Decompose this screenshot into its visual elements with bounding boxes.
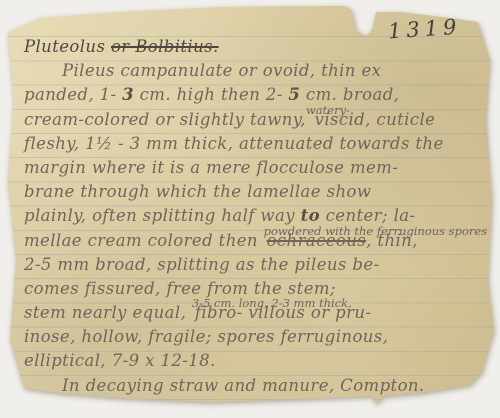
handwritten-text: fleshy, 1½ - 3 mm thick, attenuated towa…	[24, 134, 444, 153]
note-line: margin where it is a mere flocculose mem…	[24, 156, 492, 180]
handwritten-text: Pluteolus	[24, 37, 111, 56]
note-line: 2-5 mm broad, splitting as the pileus be…	[24, 253, 492, 277]
note-line: mellae cream colored then powdered with …	[24, 229, 492, 253]
inserted-text: watery-	[306, 98, 309, 122]
note-line: panded, 1- 3 cm. high then 2- 5 cm. broa…	[24, 83, 492, 107]
note-line: stem nearly equal, 3-5 cm. long, 2-3 mm …	[24, 301, 492, 325]
handwritten-text: cream-colored or slightly tawny,	[24, 110, 306, 129]
handwritten-text: In decaying straw and manure, Compton.	[62, 376, 425, 395]
note-line: In decaying straw and manure, Compton.	[24, 374, 492, 398]
note-line: cream-colored or slightly tawny,watery- …	[24, 108, 492, 132]
paper-sheet: 1319 Pluteolus or Bolbitius.Pileus campa…	[0, 0, 500, 418]
inserted-text: 3-5 cm. long, 2-3 mm thick,	[192, 291, 195, 315]
handwritten-text: center; la-	[320, 206, 415, 225]
handwritten-text: cm. high then 2-	[134, 85, 288, 104]
handwritten-text: comes fissured, free from the stem;	[24, 279, 336, 298]
note-line: brane through which the lamellae show	[24, 180, 492, 204]
handwritten-text: panded, 1-	[24, 85, 122, 104]
note-line: elliptical, 7-9 x 12-18.	[24, 349, 492, 373]
struck-text: or Bolbitius.	[111, 37, 219, 56]
handwritten-text: mellae cream colored then	[24, 231, 264, 250]
handwritten-text: cm. broad,	[300, 85, 399, 104]
handwritten-text: elliptical, 7-9 x 12-18.	[24, 351, 216, 370]
handwritten-text: 3	[122, 85, 134, 104]
torn-paper: 1319 Pluteolus or Bolbitius.Pileus campa…	[6, 6, 496, 408]
inserted-text: powdered with the ferruginous spores	[264, 219, 267, 243]
note-line: Pileus campanulate or ovoid, thin ex	[24, 59, 492, 83]
handwritten-text: inose, hollow, fragile; spores ferrugino…	[24, 327, 388, 346]
handwritten-text: stem nearly equal,	[24, 303, 192, 322]
handwritten-text: plainly, often splitting half way	[24, 206, 301, 225]
scanned-note-page: 1319 Pluteolus or Bolbitius.Pileus campa…	[0, 0, 500, 418]
handwritten-text: Pileus campanulate or ovoid, thin ex	[62, 61, 381, 80]
note-line: Pluteolus or Bolbitius.	[24, 35, 492, 59]
handwritten-text: brane through which the lamellae show	[24, 182, 371, 201]
handwritten-text: to	[301, 206, 320, 225]
note-line: inose, hollow, fragile; spores ferrugino…	[24, 325, 492, 349]
note-lines: Pluteolus or Bolbitius.Pileus campanulat…	[24, 35, 492, 398]
handwritten-text: 5	[288, 85, 300, 104]
handwritten-text: margin where it is a mere flocculose mem…	[24, 158, 398, 177]
note-line: fleshy, 1½ - 3 mm thick, attenuated towa…	[24, 132, 492, 156]
handwritten-text: 2-5 mm broad, splitting as the pileus be…	[24, 255, 380, 274]
